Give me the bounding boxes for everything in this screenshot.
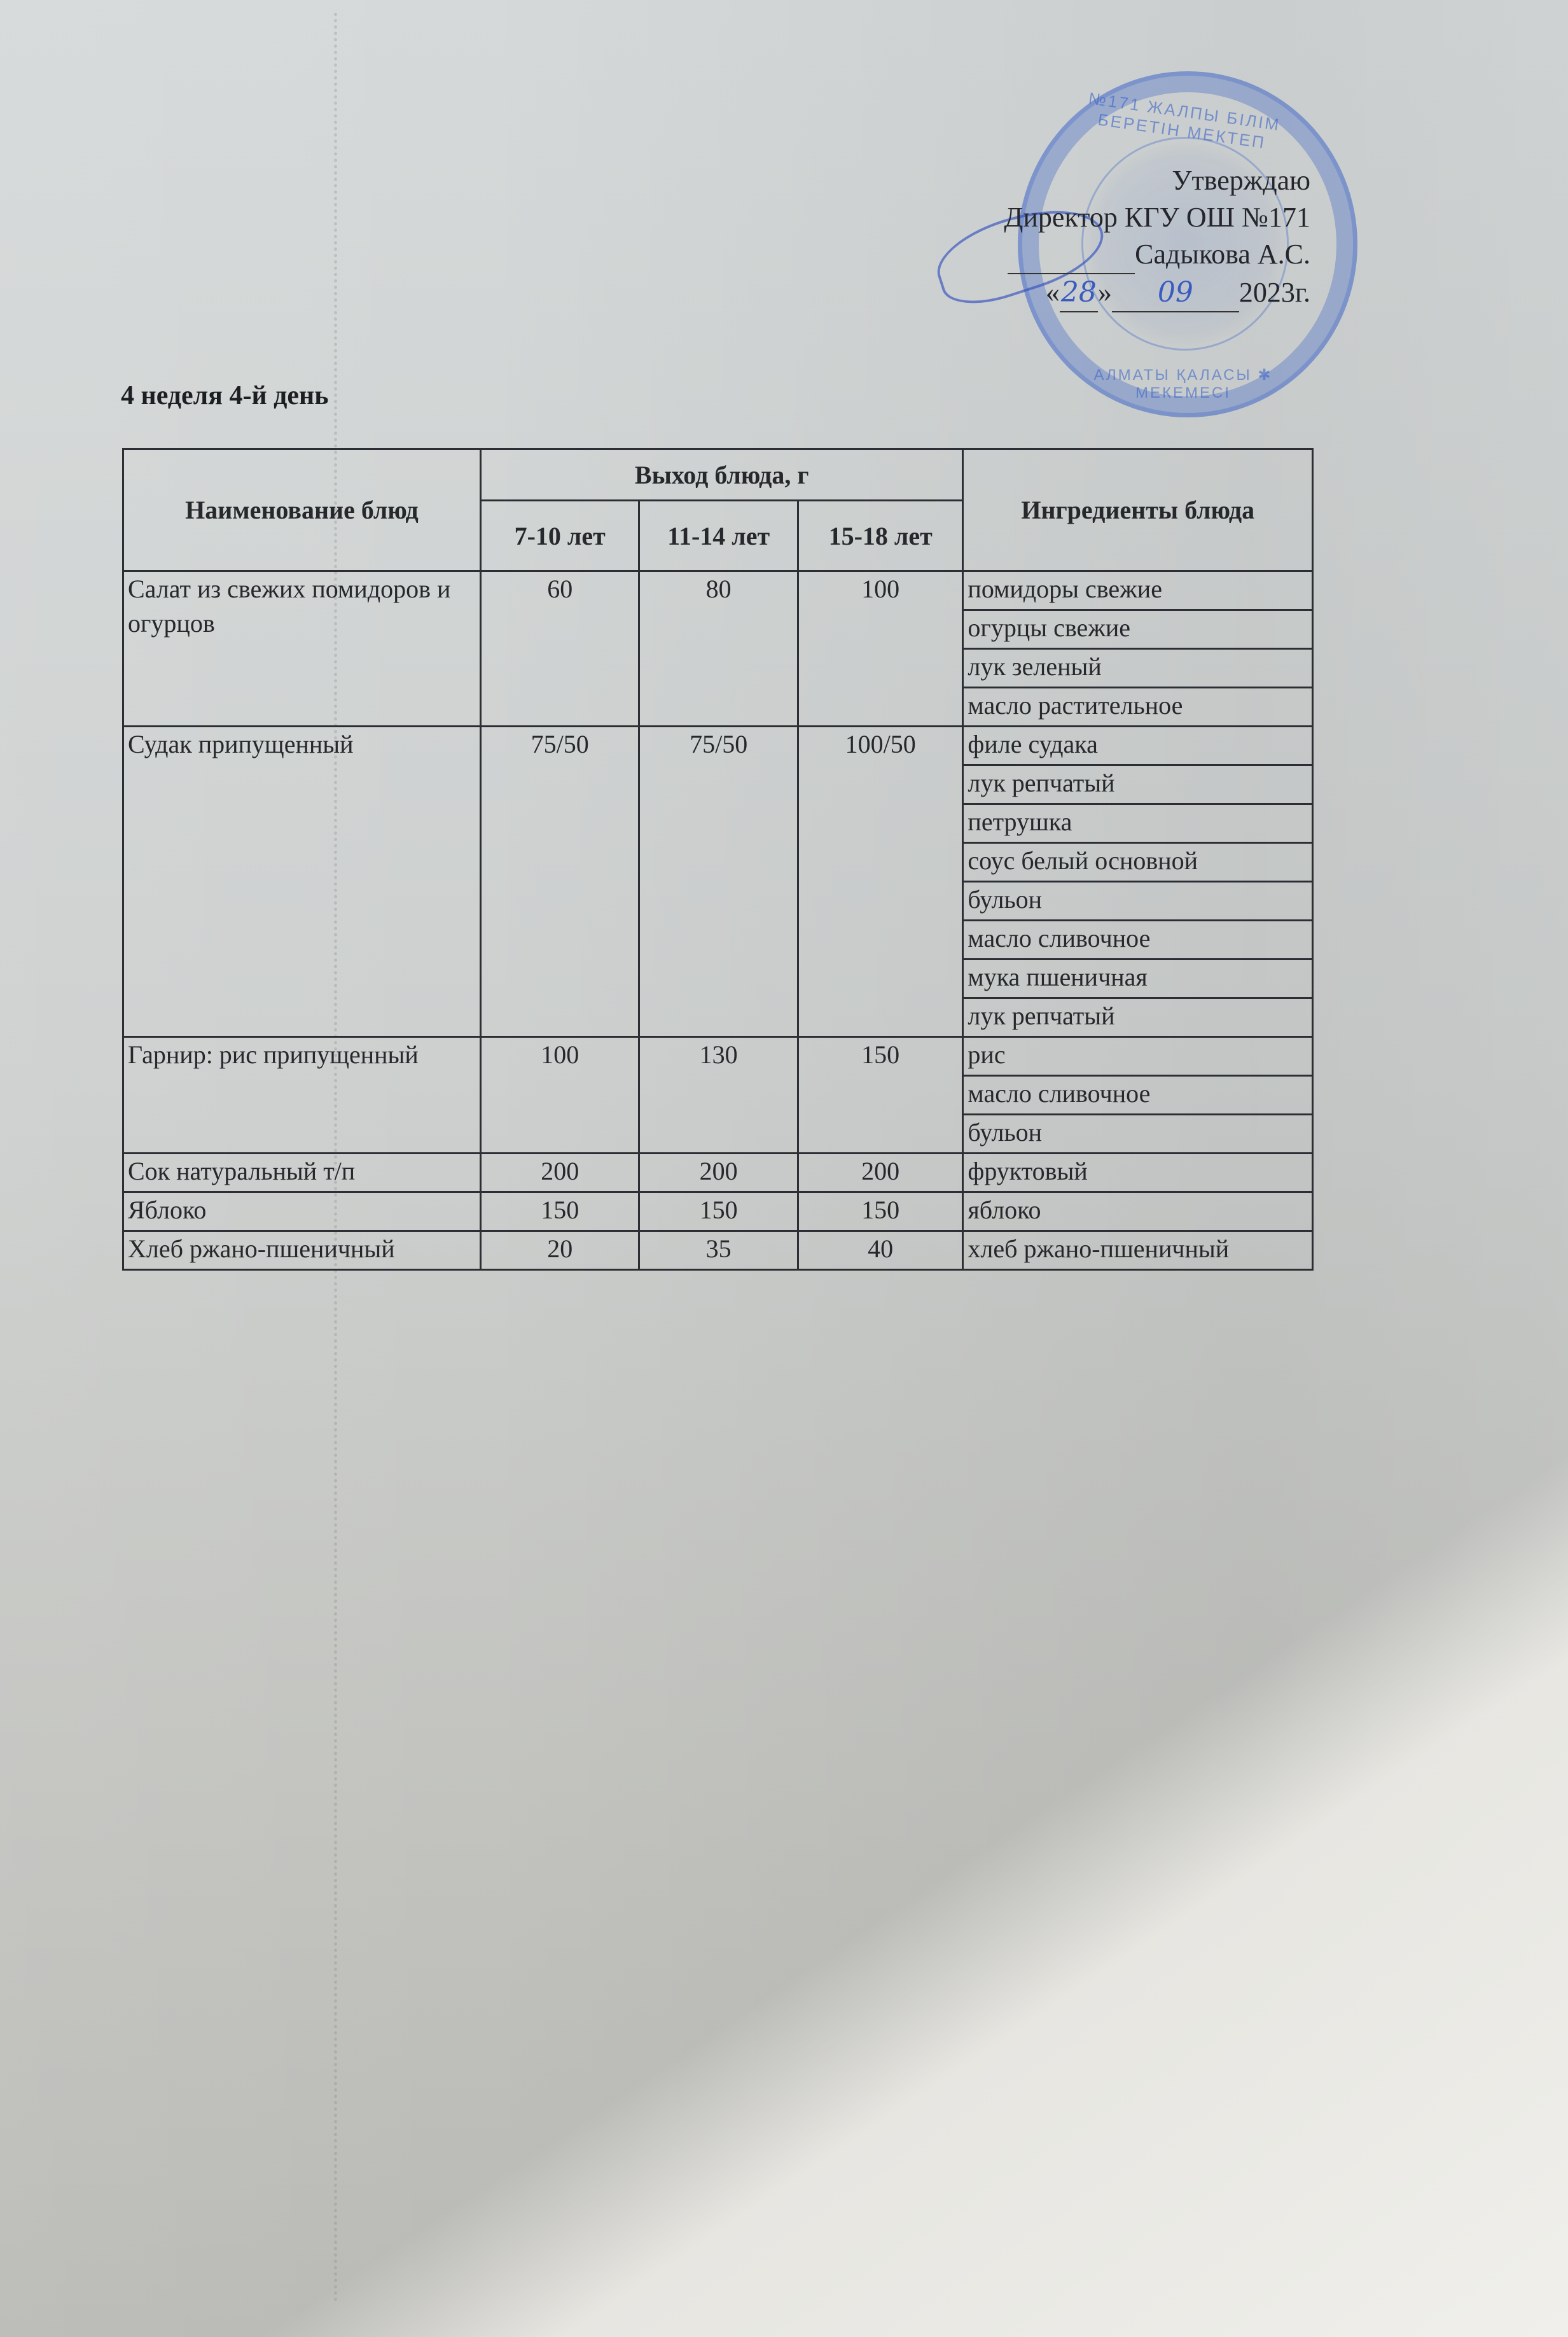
header-age-11-14: 11-14 лет bbox=[639, 501, 798, 571]
ingredient: соус белый основной bbox=[963, 843, 1313, 882]
page-title: 4 неделя 4-й день bbox=[121, 380, 328, 411]
yield-15-18: 150 bbox=[798, 1192, 963, 1231]
yield-7-10: 100 bbox=[480, 1037, 639, 1154]
stamp-text-bottom: АЛМАТЫ ҚАЛАСЫ ✱ МЕКЕМЕСІ bbox=[1069, 366, 1298, 402]
yield-7-10: 150 bbox=[480, 1192, 639, 1231]
ingredient: масло сливочное bbox=[963, 921, 1313, 959]
table-row: Яблоко150150150яблоко bbox=[123, 1192, 1313, 1231]
yield-11-14: 35 bbox=[639, 1231, 798, 1270]
ingredient: лук зеленый bbox=[963, 649, 1313, 688]
yield-7-10: 60 bbox=[480, 571, 639, 727]
table-row: Гарнир: рис припущенный100130150рис bbox=[123, 1037, 1313, 1076]
ingredient: лук репчатый bbox=[963, 998, 1313, 1037]
approval-signatory: Садыкова А.С. bbox=[1004, 236, 1310, 274]
ingredient: масло растительное bbox=[963, 688, 1313, 727]
yield-11-14: 200 bbox=[639, 1154, 798, 1192]
ingredient: мука пшеничная bbox=[963, 959, 1313, 998]
signature-blank bbox=[1008, 236, 1135, 274]
dish-name: Гарнир: рис припущенный bbox=[123, 1037, 481, 1154]
yield-7-10: 200 bbox=[480, 1154, 639, 1192]
table-row: Сок натуральный т/п200200200фруктовый bbox=[123, 1154, 1313, 1192]
dish-name: Хлеб ржано-пшеничный bbox=[123, 1231, 481, 1270]
dish-name: Салат из свежих помидоров и огурцов bbox=[123, 571, 481, 727]
ingredient: лук репчатый bbox=[963, 765, 1313, 804]
header-dish-name: Наименование блюд bbox=[123, 449, 481, 571]
ingredient: помидоры свежие bbox=[963, 571, 1313, 610]
menu-table-body: Салат из свежих помидоров и огурцов60801… bbox=[123, 571, 1313, 1270]
dish-name: Судак припущенный bbox=[123, 727, 481, 1037]
yield-7-10: 20 bbox=[480, 1231, 639, 1270]
ingredient: хлеб ржано-пшеничный bbox=[963, 1231, 1313, 1270]
date-day: 28 bbox=[1060, 274, 1098, 312]
approval-position: Директор КГУ ОШ №171 bbox=[1004, 199, 1310, 236]
yield-11-14: 130 bbox=[639, 1037, 798, 1154]
ingredient: масло сливочное bbox=[963, 1076, 1313, 1115]
ingredient: огурцы свежие bbox=[963, 610, 1313, 649]
table-row: Салат из свежих помидоров и огурцов60801… bbox=[123, 571, 1313, 610]
ingredient: яблоко bbox=[963, 1192, 1313, 1231]
ingredient: фруктовый bbox=[963, 1154, 1313, 1192]
approval-date: «28»092023г. bbox=[1004, 274, 1310, 312]
header-age-7-10: 7-10 лет bbox=[480, 501, 639, 571]
yield-15-18: 150 bbox=[798, 1037, 963, 1154]
yield-11-14: 80 bbox=[639, 571, 798, 727]
dish-name: Яблоко bbox=[123, 1192, 481, 1231]
yield-15-18: 40 bbox=[798, 1231, 963, 1270]
date-month: 09 bbox=[1112, 274, 1239, 312]
yield-11-14: 75/50 bbox=[639, 727, 798, 1037]
approval-block: Утверждаю Директор КГУ ОШ №171 Садыкова … bbox=[1004, 162, 1310, 312]
table-row: Хлеб ржано-пшеничный203540хлеб ржано-пше… bbox=[123, 1231, 1313, 1270]
yield-15-18: 100 bbox=[798, 571, 963, 727]
ingredient: бульон bbox=[963, 882, 1313, 921]
yield-11-14: 150 bbox=[639, 1192, 798, 1231]
approval-heading: Утверждаю bbox=[1004, 162, 1310, 199]
header-yield: Выход блюда, г bbox=[480, 449, 962, 501]
ingredient: рис bbox=[963, 1037, 1313, 1076]
date-year: 2023г. bbox=[1239, 277, 1310, 308]
header-ingredients: Ингредиенты блюда bbox=[963, 449, 1313, 571]
yield-15-18: 100/50 bbox=[798, 727, 963, 1037]
ingredient: филе судака bbox=[963, 727, 1313, 765]
ingredient: бульон bbox=[963, 1115, 1313, 1154]
menu-table: Наименование блюд Выход блюда, г Ингреди… bbox=[122, 448, 1314, 1271]
yield-7-10: 75/50 bbox=[480, 727, 639, 1037]
dish-name: Сок натуральный т/п bbox=[123, 1154, 481, 1192]
ingredient: петрушка bbox=[963, 804, 1313, 843]
table-row: Судак припущенный75/5075/50100/50филе су… bbox=[123, 727, 1313, 765]
header-age-15-18: 15-18 лет bbox=[798, 501, 963, 571]
yield-15-18: 200 bbox=[798, 1154, 963, 1192]
